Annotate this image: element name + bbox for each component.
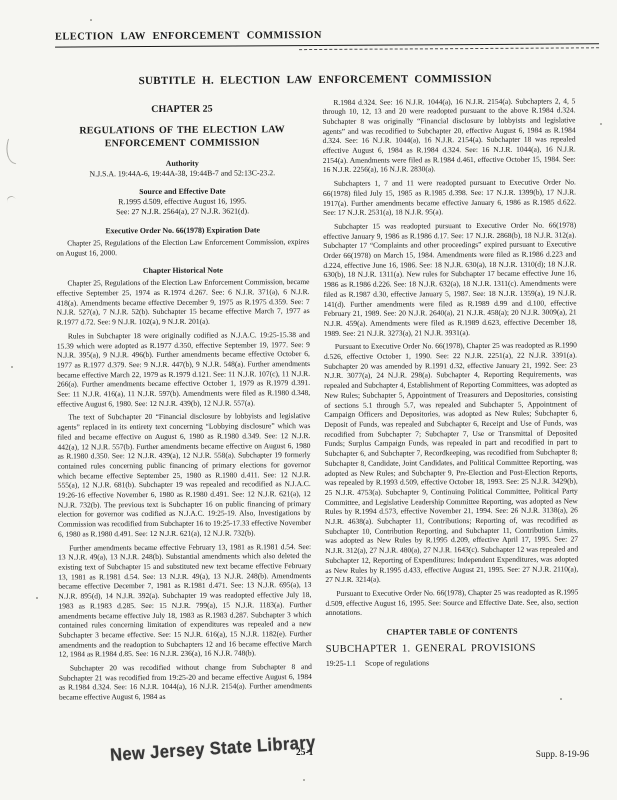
historical-paragraph: Rules in Subchapter 18 were originally c… — [57, 330, 310, 409]
expiration-heading: Executive Order No. 66(1978) Expiration … — [56, 225, 309, 236]
historical-paragraph: R.1984 d.324. See: 16 N.J.R. 1044(a), 16… — [322, 96, 575, 175]
subtitle-heading: SUBTITLE H. ELECTION LAW ENFORCEMENT COM… — [55, 72, 575, 87]
scan-artifact — [11, 366, 13, 368]
historical-note-heading: Chapter Historical Note — [56, 265, 309, 276]
table-of-contents-heading: CHAPTER TABLE OF CONTENTS — [326, 626, 579, 637]
historical-paragraph: Further amendments became effective Febr… — [58, 542, 312, 660]
expiration-paragraph: Chapter 25, Regulations of the Election … — [56, 237, 309, 258]
source-date-heading: Source and Effective Date — [56, 186, 309, 197]
toc-entry: 19:25-1.1Scope of regulations — [326, 657, 579, 669]
authority-citation: N.J.S.A. 19:44A-6, 19:44A-38, 19:44B-7 a… — [56, 168, 309, 179]
subchapter-1-heading: SUBCHAPTER 1. GENERAL PROVISIONS — [326, 642, 579, 655]
scanned-document-page: ELECTION LAW ENFORCEMENT COMMISSION SUBT… — [0, 0, 617, 800]
scan-artifact — [2, 139, 21, 165]
right-column: R.1984 d.324. See: 16 N.J.R. 1044(a), 16… — [322, 96, 579, 701]
scan-artifact — [600, 123, 602, 125]
toc-entry-number: 19:25-1.1 — [326, 659, 356, 668]
historical-paragraph: Chapter 25, Regulations of the Election … — [56, 277, 309, 327]
historical-paragraph: Subchapters 1, 7 and 11 were readopted p… — [323, 178, 576, 218]
page-content: ELECTION LAW ENFORCEMENT COMMISSION SUBT… — [55, 28, 579, 702]
historical-paragraph: Pursuant to Executive Order No. 66(1978)… — [325, 587, 578, 618]
authority-heading: Authority — [56, 158, 309, 169]
scan-artifact — [303, 779, 305, 781]
toc-entry-label: Scope of regulations — [365, 658, 429, 667]
chapter-title: REGULATIONS OF THE ELECTION LAW ENFORCEM… — [74, 123, 291, 150]
page-number: 25-1 — [296, 748, 313, 758]
source-date-line2: See: 27 N.J.R. 2564(a), 27 N.J.R. 3621(d… — [56, 206, 309, 217]
library-stamp: New Jersey State Library — [110, 733, 317, 766]
chapter-number-heading: CHAPTER 25 — [55, 103, 308, 116]
historical-note-paragraphs: Chapter 25, Regulations of the Election … — [56, 277, 312, 702]
scan-artifact — [6, 195, 18, 207]
historical-note-paragraphs-continued: R.1984 d.324. See: 16 N.J.R. 1044(a), 16… — [322, 96, 578, 618]
historical-paragraph: Subchapter 20 was recodified without cha… — [59, 662, 312, 702]
historical-paragraph: Subchapter 15 was readopted pursuant to … — [323, 220, 577, 338]
header-dashed-rule — [299, 47, 599, 50]
left-column: CHAPTER 25 REGULATIONS OF THE ELECTION L… — [55, 98, 312, 703]
scan-artifact — [90, 19, 92, 21]
supplement-date: Supp. 8-19-96 — [536, 750, 589, 760]
scan-artifact — [36, 597, 38, 599]
historical-paragraph: The text of Subchapter 20 “Financial dis… — [57, 411, 311, 539]
two-column-body: CHAPTER 25 REGULATIONS OF THE ELECTION L… — [55, 96, 579, 702]
historical-paragraph: Pursuant to Executive Order No. 66(1978)… — [324, 341, 578, 585]
